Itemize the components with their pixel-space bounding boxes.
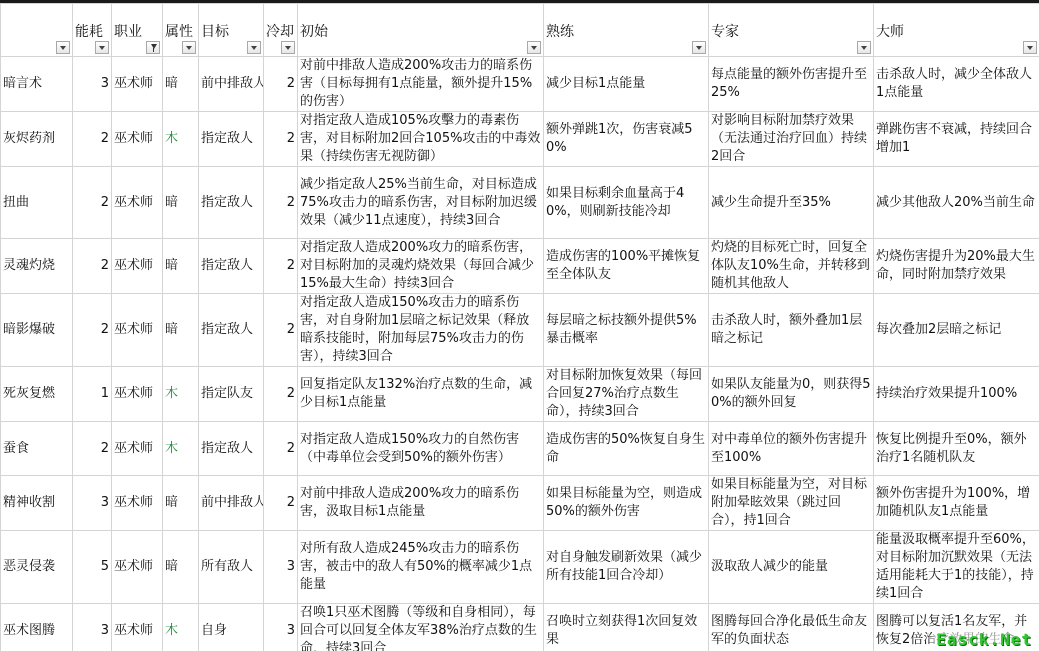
cell-skilled[interactable]: 每层暗之标技额外提供5%暴击概率	[544, 294, 709, 367]
cell-class[interactable]: 巫术师	[112, 294, 163, 367]
cell-master[interactable]: 持续治疗效果提升100%	[874, 367, 1039, 422]
cell-initial[interactable]: 对指定敌人造成200%攻力的暗系伤害，对目标附加的灵魂灼烧效果（每回合减少15%…	[298, 239, 544, 294]
cell-cooldown[interactable]: 2	[264, 367, 298, 422]
cell-target[interactable]: 指定敌人	[199, 239, 264, 294]
table-row: 恶灵侵袭5巫术师暗所有敌人3对所有敌人造成245%攻击力的暗系伤害，被击中的敌人…	[1, 531, 1039, 604]
header-initial: 初始	[298, 4, 544, 57]
table-row: 蚕食2巫术师木指定敌人2对指定敌人造成150%攻力的自然伤害（中毒单位会受到50…	[1, 422, 1039, 476]
cell-attribute[interactable]: 暗	[163, 57, 199, 112]
cell-skilled[interactable]: 额外弹跳1次，伤害衰减50%	[544, 112, 709, 167]
cell-cooldown[interactable]: 2	[264, 112, 298, 167]
cell-master[interactable]: 额外伤害提升为100%，增加随机队友1点能量	[874, 476, 1039, 531]
cell-skill-name[interactable]: 灰烬药剂	[1, 112, 73, 167]
cell-target[interactable]: 自身	[199, 604, 264, 651]
cell-class[interactable]: 巫术师	[112, 531, 163, 604]
filter-dropdown-icon[interactable]	[1023, 41, 1037, 54]
header-label: 专家	[711, 21, 739, 41]
cell-class[interactable]: 巫术师	[112, 476, 163, 531]
cell-target[interactable]: 前中排敌人	[199, 476, 264, 531]
cell-master[interactable]: 击杀敌人时，减少全体敌人1点能量	[874, 57, 1039, 112]
cell-class[interactable]: 巫术师	[112, 422, 163, 476]
cell-cost[interactable]: 2	[73, 167, 112, 239]
cell-skill-name[interactable]: 扭曲	[1, 167, 73, 239]
cell-skilled[interactable]: 如果目标能量为空，则造成50%的额外伤害	[544, 476, 709, 531]
cell-cost[interactable]: 2	[73, 112, 112, 167]
filter-dropdown-icon[interactable]	[692, 41, 706, 54]
cell-expert[interactable]: 对影响目标附加禁疗效果（无法通过治疗回血）持续2回合	[709, 112, 874, 167]
cell-initial[interactable]: 回复指定队友132%治疗点数的生命，减少目标1点能量	[298, 367, 544, 422]
cell-cost[interactable]: 2	[73, 422, 112, 476]
cell-skilled[interactable]: 对自身触发刷新效果（减少所有技能1回合冷却）	[544, 531, 709, 604]
header-attr: 属性	[163, 4, 199, 57]
cell-attribute[interactable]: 木	[163, 112, 199, 167]
skill-spreadsheet: 能耗 职业 属性 目标 冷却 初始 熟练 专家 大师 暗言术3巫术师暗前中排敌人…	[0, 3, 1039, 651]
cell-expert[interactable]: 如果队友能量为0，则获得50%的额外回复	[709, 367, 874, 422]
cell-class[interactable]: 巫术师	[112, 167, 163, 239]
cell-skill-name[interactable]: 恶灵侵袭	[1, 531, 73, 604]
cell-attribute[interactable]: 木	[163, 604, 199, 651]
cell-class[interactable]: 巫术师	[112, 604, 163, 651]
table-body: 暗言术3巫术师暗前中排敌人2对前中排敌人造成200%攻击力的暗系伤害（目标每拥有…	[1, 57, 1039, 651]
cell-skill-name[interactable]: 暗言术	[1, 57, 73, 112]
header-cost: 能耗	[73, 4, 112, 57]
table-row: 扭曲2巫术师暗指定敌人2减少指定敌人25%当前生命，对目标造成75%攻击力的暗系…	[1, 167, 1039, 239]
table-row: 灰烬药剂2巫术师木指定敌人2对指定敌人造成105%攻擊力的毒素伤害，对目标附加2…	[1, 112, 1039, 167]
cell-initial[interactable]: 减少指定敌人25%当前生命，对目标造成75%攻击力的暗系伤害，对目标附加迟缓效果…	[298, 167, 544, 239]
header-label: 熟练	[546, 21, 574, 41]
cell-cost[interactable]: 1	[73, 367, 112, 422]
cell-class[interactable]: 巫术师	[112, 112, 163, 167]
cell-attribute[interactable]: 木	[163, 367, 199, 422]
cell-skilled[interactable]: 对目标附加恢复效果（每回合回复27%治疗点数生命），持续3回合	[544, 367, 709, 422]
cell-expert[interactable]: 如果目标能量为空，对目标附加晕眩效果（跳过回合），持1回合	[709, 476, 874, 531]
cell-skill-name[interactable]: 精神收割	[1, 476, 73, 531]
cell-class[interactable]: 巫术师	[112, 367, 163, 422]
cell-skill-name[interactable]: 巫术图腾	[1, 604, 73, 651]
header-label: 职业	[114, 21, 142, 41]
header-label: 初始	[300, 21, 328, 41]
cell-initial[interactable]: 对指定敌人造成105%攻擊力的毒素伤害，对目标附加2回合105%攻击的中毒效果（…	[298, 112, 544, 167]
header-label: 大师	[876, 21, 904, 41]
cell-master[interactable]: 弹跳伤害不衰减，持续回合增加1	[874, 112, 1039, 167]
filter-dropdown-icon[interactable]	[95, 41, 109, 54]
cell-cooldown[interactable]: 3	[264, 531, 298, 604]
filter-dropdown-icon[interactable]	[857, 41, 871, 54]
cell-class[interactable]: 巫术师	[112, 57, 163, 112]
cell-cost[interactable]: 5	[73, 531, 112, 604]
cell-master[interactable]: 能量汲取概率提升至60%，对目标附加沉默效果（无法适用能耗大于1的技能），持续1…	[874, 531, 1039, 604]
cell-attribute[interactable]: 暗	[163, 531, 199, 604]
cell-skilled[interactable]: 召唤时立刻获得1次回复效果	[544, 604, 709, 651]
cell-target[interactable]: 指定敌人	[199, 167, 264, 239]
cell-cooldown[interactable]: 2	[264, 239, 298, 294]
cell-target[interactable]: 指定敌人	[199, 112, 264, 167]
cell-cost[interactable]: 2	[73, 239, 112, 294]
filter-dropdown-icon[interactable]	[281, 41, 295, 54]
cell-skilled[interactable]: 造成伤害的50%恢复自身生命	[544, 422, 709, 476]
cell-cost[interactable]: 3	[73, 604, 112, 651]
cell-initial[interactable]: 对所有敌人造成245%攻击力的暗系伤害，被击中的敌人有50%的概率减少1点能量	[298, 531, 544, 604]
cell-attribute[interactable]: 暗	[163, 476, 199, 531]
table-row: 暗影爆破2巫术师暗指定敌人2对指定敌人造成150%攻击力的暗系伤害，对自身附加1…	[1, 294, 1039, 367]
header-master: 大师	[874, 4, 1039, 57]
filter-dropdown-icon[interactable]	[247, 41, 261, 54]
cell-expert[interactable]: 每点能量的额外伤害提升至25%	[709, 57, 874, 112]
cell-cooldown[interactable]: 2	[264, 476, 298, 531]
cell-expert[interactable]: 击杀敌人时，额外叠加1层暗之标记	[709, 294, 874, 367]
header-expert: 专家	[709, 4, 874, 57]
cell-target[interactable]: 前中排敌人	[199, 57, 264, 112]
cell-target[interactable]: 指定敌人	[199, 294, 264, 367]
cell-master[interactable]: 减少其他敌人20%当前生命	[874, 167, 1039, 239]
cell-cooldown[interactable]: 2	[264, 422, 298, 476]
header-class: 职业	[112, 4, 163, 57]
header-label: 能耗	[75, 21, 103, 41]
table-row: 巫术图腾3巫术师木自身3召唤1只巫术图腾（等级和自身相同），每回合可以回复全体友…	[1, 604, 1039, 651]
cell-skilled[interactable]: 造成伤害的100%平摊恢复至全体队友	[544, 239, 709, 294]
header-skilled: 熟练	[544, 4, 709, 57]
header-row: 能耗 职业 属性 目标 冷却 初始 熟练 专家 大师	[1, 4, 1039, 57]
header-name	[1, 4, 73, 57]
cell-master[interactable]: 每次叠加2层暗之标记	[874, 294, 1039, 367]
cell-attribute[interactable]: 暗	[163, 239, 199, 294]
cell-skill-name[interactable]: 死灰复燃	[1, 367, 73, 422]
cell-expert[interactable]: 汲取敌人减少的能量	[709, 531, 874, 604]
cell-cooldown[interactable]: 2	[264, 167, 298, 239]
cell-attribute[interactable]: 暗	[163, 294, 199, 367]
cell-cooldown[interactable]: 2	[264, 294, 298, 367]
cell-initial[interactable]: 对指定敌人造成150%攻击力的暗系伤害，对自身附加1层暗之标记效果（释放暗系技能…	[298, 294, 544, 367]
cell-skilled[interactable]: 如果目标剩余血量高于40%，则刷新技能冷却	[544, 167, 709, 239]
cell-master[interactable]: 恢复比例提升至0%，额外治疗1名随机队友	[874, 422, 1039, 476]
cell-skill-name[interactable]: 蚕食	[1, 422, 73, 476]
table-row: 暗言术3巫术师暗前中排敌人2对前中排敌人造成200%攻击力的暗系伤害（目标每拥有…	[1, 57, 1039, 112]
filter-dropdown-icon[interactable]	[56, 41, 70, 54]
cell-skill-name[interactable]: 灵魂灼烧	[1, 239, 73, 294]
cell-attribute[interactable]: 暗	[163, 167, 199, 239]
header-label: 属性	[165, 21, 193, 41]
filter-active-icon[interactable]	[146, 41, 160, 54]
cell-cost[interactable]: 3	[73, 57, 112, 112]
cell-cost[interactable]: 3	[73, 476, 112, 531]
header-cooldown: 冷却	[264, 4, 298, 57]
cell-expert[interactable]: 灼烧的目标死亡时，回复全体队友10%生命，并转移到随机其他敌人	[709, 239, 874, 294]
cell-target[interactable]: 指定队友	[199, 367, 264, 422]
cell-expert[interactable]: 减少生命提升至35%	[709, 167, 874, 239]
cell-skill-name[interactable]: 暗影爆破	[1, 294, 73, 367]
cell-initial[interactable]: 召唤1只巫术图腾（等级和自身相同），每回合可以回复全体友军38%治疗点数的生命，…	[298, 604, 544, 651]
cell-initial[interactable]: 对前中排敌人造成200%攻击力的暗系伤害（目标每拥有1点能量，额外提升15%的伤…	[298, 57, 544, 112]
header-target: 目标	[199, 4, 264, 57]
table-row: 精神收割3巫术师暗前中排敌人2对前中排敌人造成200%攻力的暗系伤害，汲取目标1…	[1, 476, 1039, 531]
cell-class[interactable]: 巫术师	[112, 239, 163, 294]
table-row: 死灰复燃1巫术师木指定队友2回复指定队友132%治疗点数的生命，减少目标1点能量…	[1, 367, 1039, 422]
cell-expert[interactable]: 图腾每回合净化最低生命友军的负面状态	[709, 604, 874, 651]
cell-cooldown[interactable]: 3	[264, 604, 298, 651]
cell-target[interactable]: 所有敌人	[199, 531, 264, 604]
cell-master[interactable]: 灼烧伤害提升为20%最大生命，同时附加禁疗效果	[874, 239, 1039, 294]
table-row: 灵魂灼烧2巫术师暗指定敌人2对指定敌人造成200%攻力的暗系伤害，对目标附加的灵…	[1, 239, 1039, 294]
cell-initial[interactable]: 对前中排敌人造成200%攻力的暗系伤害，汲取目标1点能量	[298, 476, 544, 531]
cell-skilled[interactable]: 减少目标1点能量	[544, 57, 709, 112]
cell-initial[interactable]: 对指定敌人造成150%攻力的自然伤害（中毒单位会受到50%的额外伤害）	[298, 422, 544, 476]
filter-dropdown-icon[interactable]	[182, 41, 196, 54]
header-label: 冷却	[266, 21, 294, 41]
cell-cost[interactable]: 2	[73, 294, 112, 367]
cell-attribute[interactable]: 木	[163, 422, 199, 476]
cell-expert[interactable]: 对中毒单位的额外伤害提升至100%	[709, 422, 874, 476]
filter-dropdown-icon[interactable]	[527, 41, 541, 54]
cell-cooldown[interactable]: 2	[264, 57, 298, 112]
cell-target[interactable]: 指定敌人	[199, 422, 264, 476]
watermark: Easck.Net	[934, 630, 1034, 649]
header-label: 目标	[201, 21, 229, 41]
